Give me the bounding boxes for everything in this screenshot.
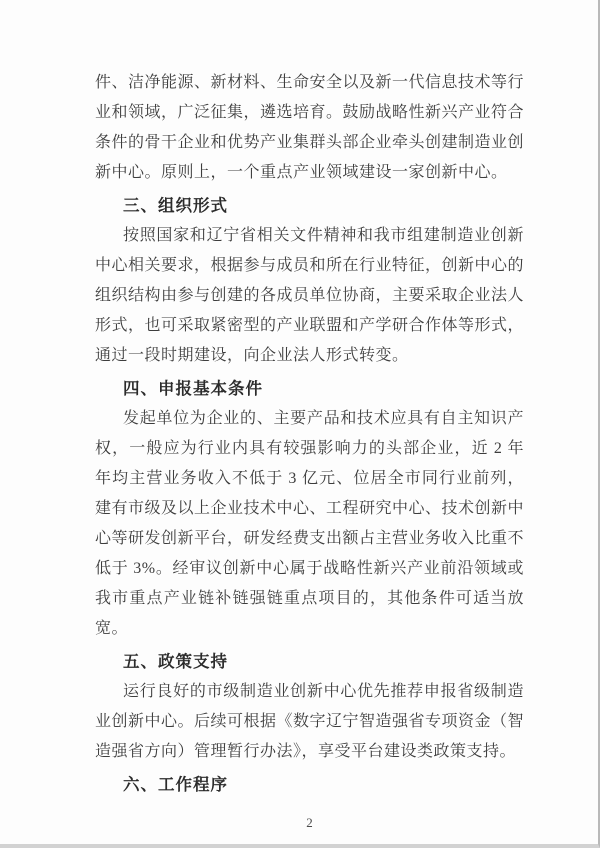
document-page: 件、洁净能源、新材料、生命安全以及新一代信息技术等行业和领域，广泛征集，遴选培育… [0,0,600,848]
paragraph-application-basic-conditions: 发起单位为企业的、主要产品和技术应具有自主知识产权，一般应为行业内具有较强影响力… [95,404,524,644]
heading-section-3-organization-form: 三、组织形式 [95,191,524,221]
heading-section-5-policy-support: 五、政策支持 [95,647,524,677]
document-content: 件、洁净能源、新材料、生命安全以及新一代信息技术等行业和领域，广泛征集，遴选培育… [0,0,598,838]
paragraph-industry-fields-continued: 件、洁净能源、新材料、生命安全以及新一代信息技术等行业和领域，广泛征集，遴选培育… [95,68,524,188]
paragraph-policy-support: 运行良好的市级制造业创新中心优先推荐申报省级制造业创新中心。后续可根据《数字辽宁… [95,677,524,767]
paragraph-organization-form: 按照国家和辽宁省相关文件精神和我市组建制造业创新中心相关要求，根据参与成员和所在… [95,221,524,371]
page-number: 2 [95,808,524,838]
heading-section-6-work-procedure: 六、工作程序 [95,770,524,800]
heading-section-4-application-basic-conditions: 四、申报基本条件 [95,374,524,404]
